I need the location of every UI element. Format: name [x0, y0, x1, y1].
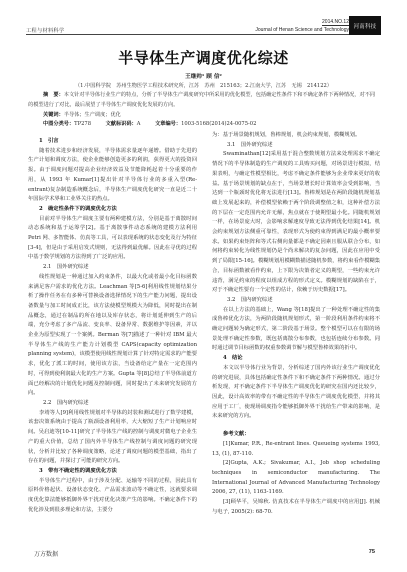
section-heading-3: 3 带有不确定性的调度优化方法: [28, 467, 197, 477]
section-heading-1: 1 引言: [28, 137, 197, 147]
watermark: 万方数据: [34, 549, 58, 558]
section-heading-4: 4 结论: [212, 354, 380, 364]
paragraph: 李靖等人[9]利用线性规划对半导体的封装和测试进行了数学建模，该套决策系统由于提…: [28, 409, 197, 467]
article-authors: 王继帅¹ 顾 信²: [0, 72, 407, 80]
paragraph: 目前对半导体生产调度主要有两种建模方法，分别是基于离散时间动态系统和基于运筹学[…: [28, 215, 197, 264]
article-title: 半导体生产调度优化综述: [0, 47, 407, 68]
paragraph: 半导体生产过程中，由于涉及分配、运输等不同的过程，因此具有原料价格起伏、设备状态…: [28, 477, 197, 516]
journal-name: Journal of Henan Science and Technology: [255, 27, 349, 33]
paragraph: 线性规划是一种通过加入约束条件，以最大化或者最小化目标函数来满足客户需求的优化方…: [28, 273, 197, 399]
keywords: 关键词：半导体；生产调度；优化: [43, 111, 121, 118]
page-number: 75: [369, 549, 375, 555]
issue-number: 2014.NO.12: [322, 19, 349, 26]
header-divider: [26, 34, 349, 35]
reference-item: [3]顾华平，吴锦秋. 仿真技术在半导体生产调度中的应用[J]. 机械与电子, …: [212, 498, 380, 517]
section-heading-3-1: 3.1 国外研究综述: [212, 141, 380, 151]
paragraph: 为：基于场景随机规划，鲁棒规划，机会约束规划，模糊规划。: [212, 131, 380, 141]
paragraph: 在以上方法的基础上，Wang 等[18]提出了一种处理不确定性的集成鲁棒优化方法…: [212, 306, 380, 355]
keywords-text: 半导体；生产调度；优化: [64, 112, 121, 118]
abstract-text: 本文针对半导体行业生产的特点，分析了半导体生产调度研究中所采用的优化模型，包括确…: [28, 92, 375, 108]
section-heading-2-2: 2.2 国内研究综述: [28, 399, 197, 409]
keywords-label: 关键词：: [43, 112, 64, 118]
abstract: 摘 要：本文针对半导体行业生产的特点，分析了半导体生产调度研究中所采用的优化模型…: [28, 91, 379, 110]
classification-line: 中图分类号：TP278 文献标识码：A 文章编号：1003-5168(2014)…: [43, 120, 256, 127]
classification-label: 中图分类号：: [43, 121, 74, 127]
right-column: 为：基于场景随机规划，鲁棒规划，机会约束规划，模糊规划。 3.1 国外研究综述 …: [212, 131, 380, 517]
section-heading-2: 2 确定性条件下的调度优化方法: [28, 205, 197, 215]
doc-code-value: A: [137, 121, 141, 127]
journal-badge: 河南科技: [349, 16, 381, 35]
reference-item: [2]Gupta, A.K.; Sivakumar, A.I., Job sho…: [212, 459, 380, 498]
section-heading-2-1: 2.1 国外研究综述: [28, 263, 197, 273]
paragraph: 随着技术进步和经济发展，半导体需求量逐年递增。借助于先进的生产计划和调度方法，使…: [28, 147, 197, 205]
abstract-label: 摘 要：: [43, 92, 64, 98]
classification-value: TP278: [74, 121, 91, 127]
left-column: 1 引言 随着技术进步和经济发展，半导体需求量逐年递增。借助于先进的生产计划和调…: [28, 137, 197, 515]
paper-page: 工程与材料科学 2014.NO.12 Journal of Henan Scie…: [0, 0, 407, 572]
author-affiliation: （1.中国科学院 苏州生物医学工程技术研究所，江苏 苏州 215163；2.江南…: [0, 82, 407, 89]
article-no-label: 文章编号：: [155, 121, 181, 127]
article-no-value: 1003-5168(2014)24-0075-02: [181, 121, 256, 127]
section-label: 工程与材料科学: [26, 27, 64, 34]
doc-code-label: 文献标识码：: [106, 121, 137, 127]
references-heading: 参考文献：: [212, 430, 380, 440]
paragraph: 本文以半导体行业为背景，分析综述了国内外该行业生产调度优化的研究进展，具体包括确…: [212, 364, 380, 422]
section-heading-3-2: 3.2 国内研究综述: [212, 296, 380, 306]
paragraph: Swaminathan[12]采用基于混合整数规划方法来处理需求不确定情况下的半…: [212, 150, 380, 296]
reference-item: [1]Kumar, P.R., Re-entrant lines. Queuei…: [212, 440, 380, 459]
